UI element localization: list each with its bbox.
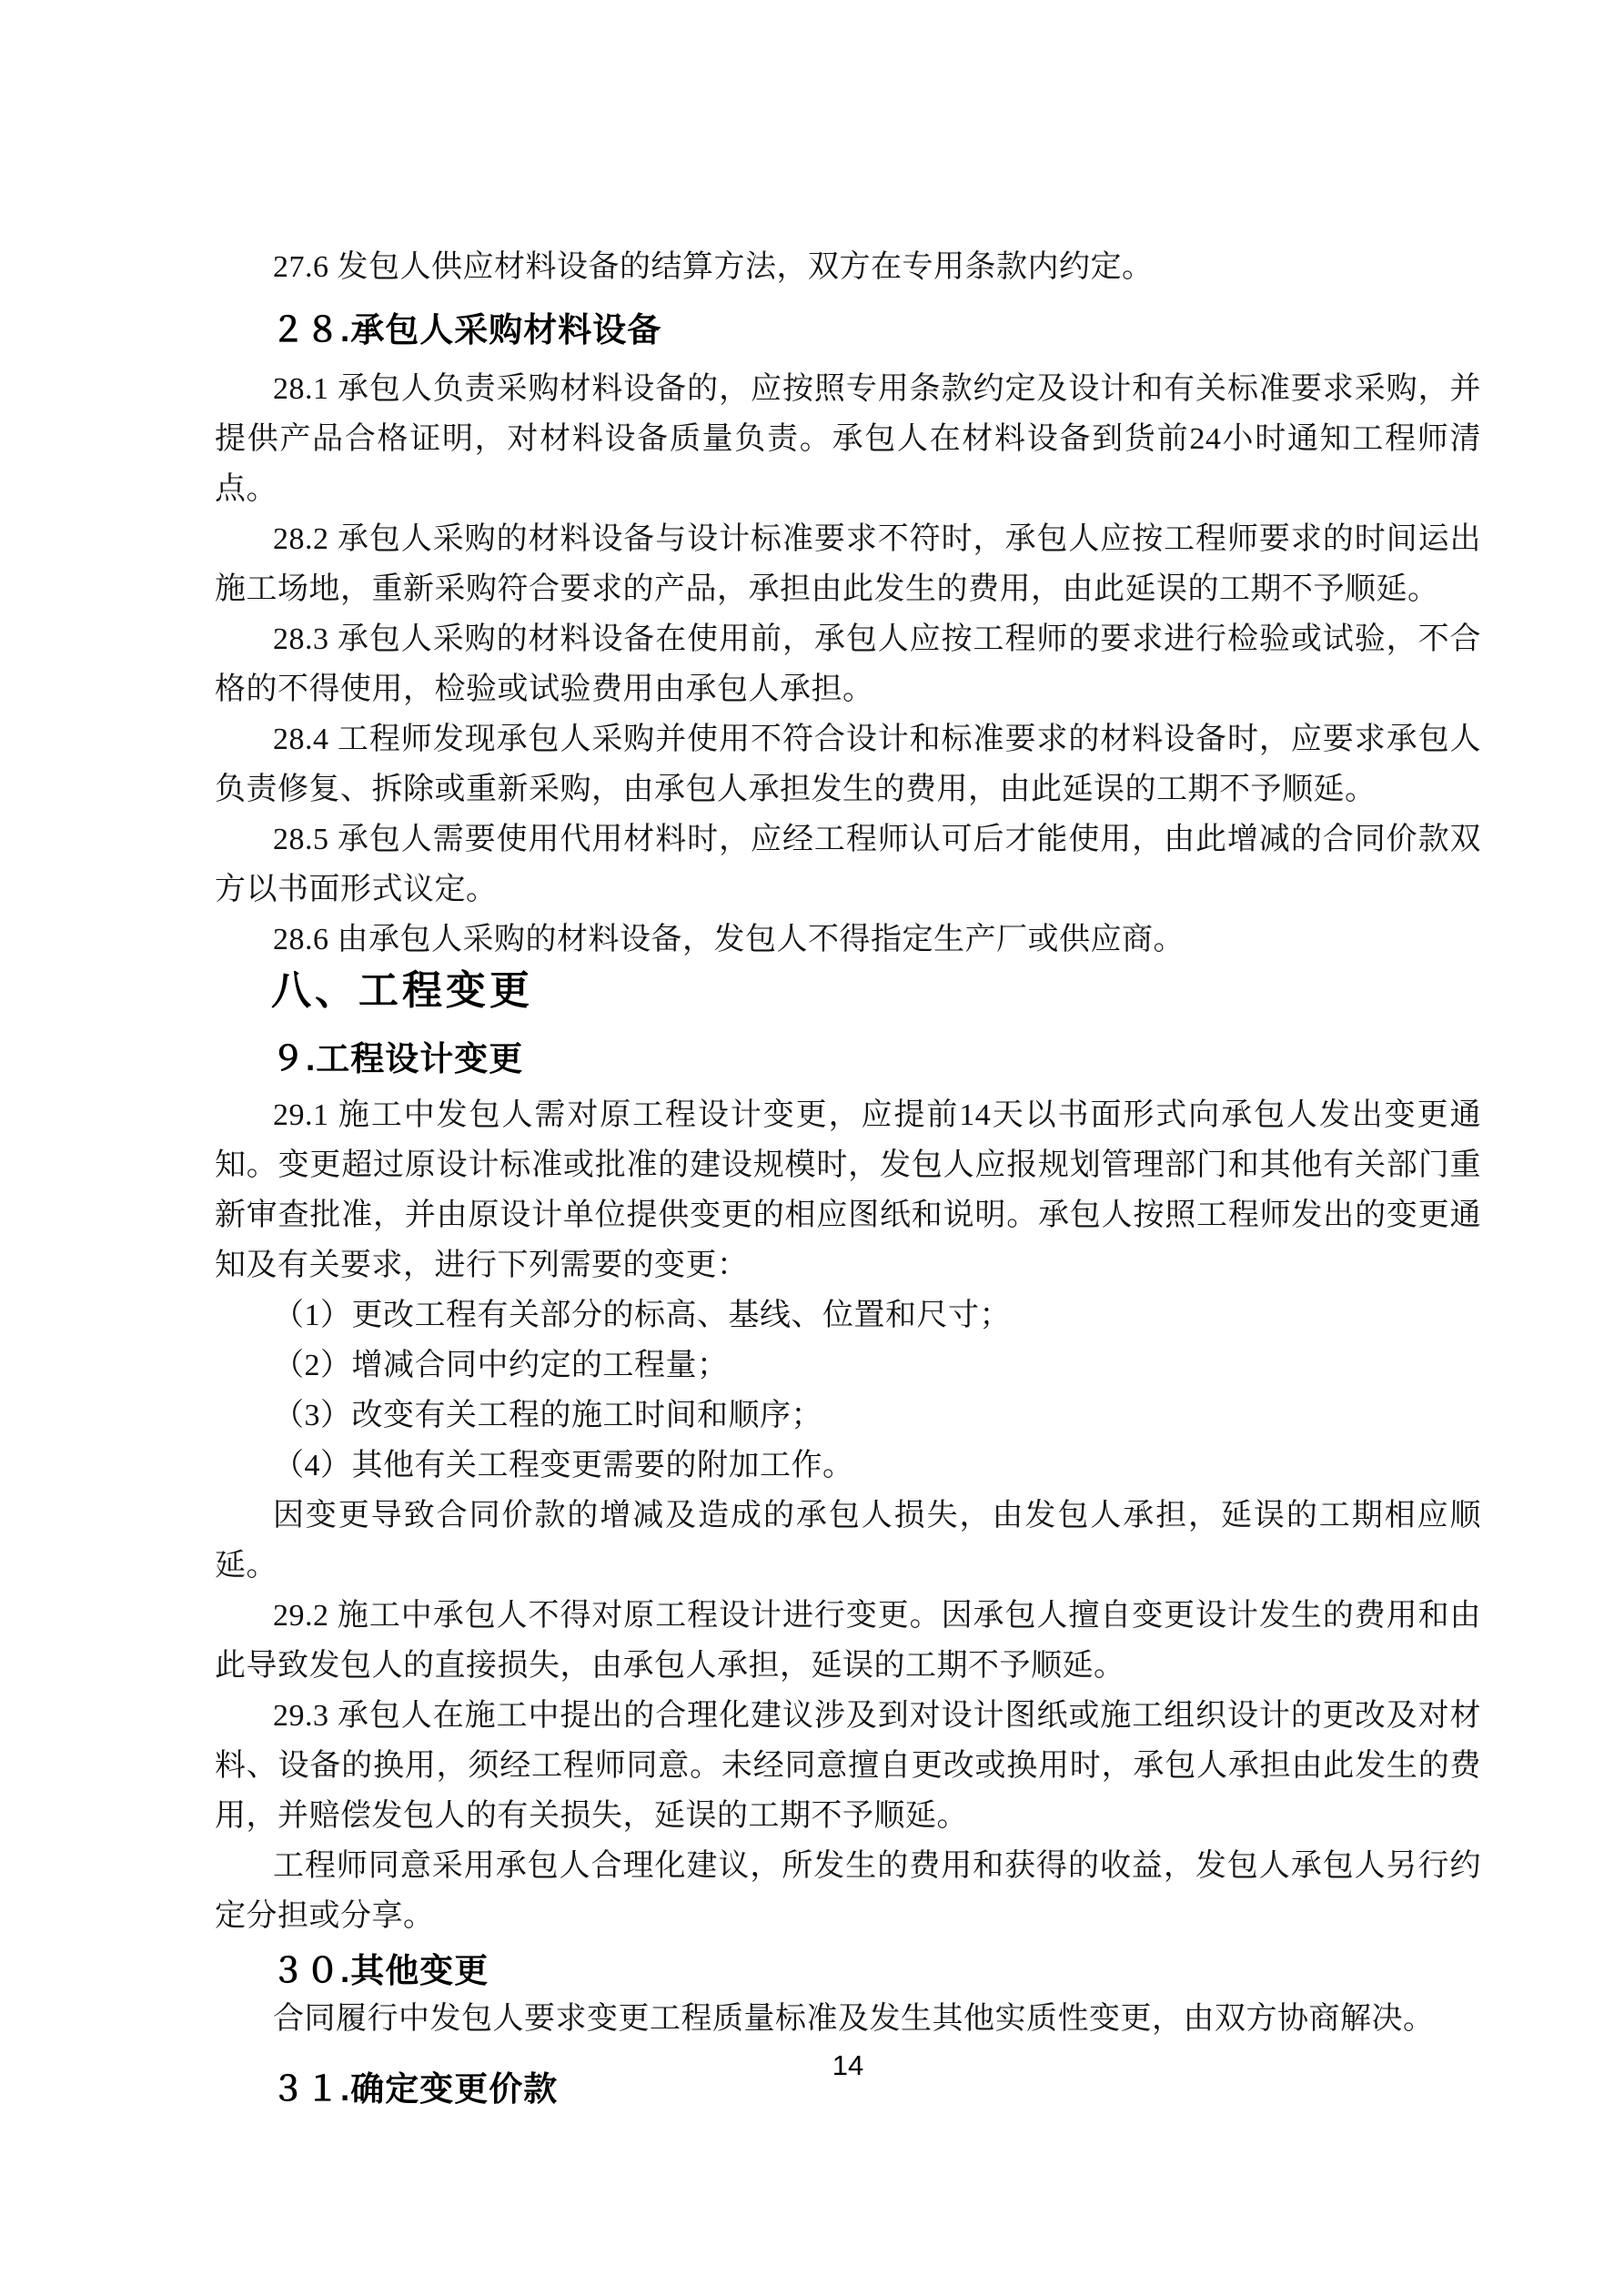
clause-paragraph: 29.1 施工中发包人需对原工程设计变更，应提前14天以书面形式向承包人发出变更… (215, 1090, 1481, 1290)
list-item: （1）更改工程有关部分的标高、基线、位置和尺寸； (215, 1290, 1481, 1340)
clause-heading-9: ９.工程设计变更 (271, 1037, 1481, 1082)
clause-heading-28: ２８.承包人采购材料设备 (271, 308, 1481, 353)
document-content: 27.6 发包人供应材料设备的结算方法，双方在专用条款内约定。 ２８.承包人采购… (215, 0, 1481, 2112)
list-item: （2）增减合同中约定的工程量； (215, 1340, 1481, 1391)
clause-paragraph: 29.2 施工中承包人不得对原工程设计进行变更。因承包人擅自变更设计发生的费用和… (215, 1591, 1481, 1691)
page-number: 14 (215, 2048, 1481, 2084)
list-item: （3）改变有关工程的施工时间和顺序； (215, 1391, 1481, 1441)
clause-paragraph: 28.3 承包人采购的材料设备在使用前，承包人应按工程师的要求进行检验或试验，不… (215, 614, 1481, 714)
clause-paragraph: 27.6 发包人供应材料设备的结算方法，双方在专用条款内约定。 (215, 242, 1481, 292)
clause-paragraph: 合同履行中发包人要求变更工程质量标准及发生其他实质性变更，由双方协商解决。 (215, 1994, 1481, 2044)
chapter-heading-8: 八、工程变更 (271, 965, 1481, 1017)
clause-paragraph: 29.3 承包人在施工中提出的合理化建议涉及到对设计图纸或施工组织设计的更改及对… (215, 1691, 1481, 1841)
document-page: 27.6 发包人供应材料设备的结算方法，双方在专用条款内约定。 ２８.承包人采购… (0, 0, 1624, 2296)
clause-paragraph: 工程师同意采用承包人合理化建议，所发生的费用和获得的收益，发包人承包人另行约定分… (215, 1841, 1481, 1941)
clause-heading-30: ３０.其他变更 (271, 1948, 1481, 1994)
list-item: （4）其他有关工程变更需要的附加工作。 (215, 1441, 1481, 1491)
clause-paragraph: 28.4 工程师发现承包人采购并使用不符合设计和标准要求的材料设备时，应要求承包… (215, 714, 1481, 814)
clause-paragraph: 28.1 承包人负责采购材料设备的，应按照专用条款约定及设计和有关标准要求采购，… (215, 364, 1481, 514)
clause-paragraph: 28.2 承包人采购的材料设备与设计标准要求不符时，承包人应按工程师要求的时间运… (215, 514, 1481, 614)
clause-paragraph: 28.6 由承包人采购的材料设备，发包人不得指定生产厂或供应商。 (215, 915, 1481, 965)
clause-paragraph: 因变更导致合同价款的增减及造成的承包人损失，由发包人承担，延误的工期相应顺延。 (215, 1491, 1481, 1591)
clause-paragraph: 28.5 承包人需要使用代用材料时，应经工程师认可后才能使用，由此增减的合同价款… (215, 814, 1481, 915)
